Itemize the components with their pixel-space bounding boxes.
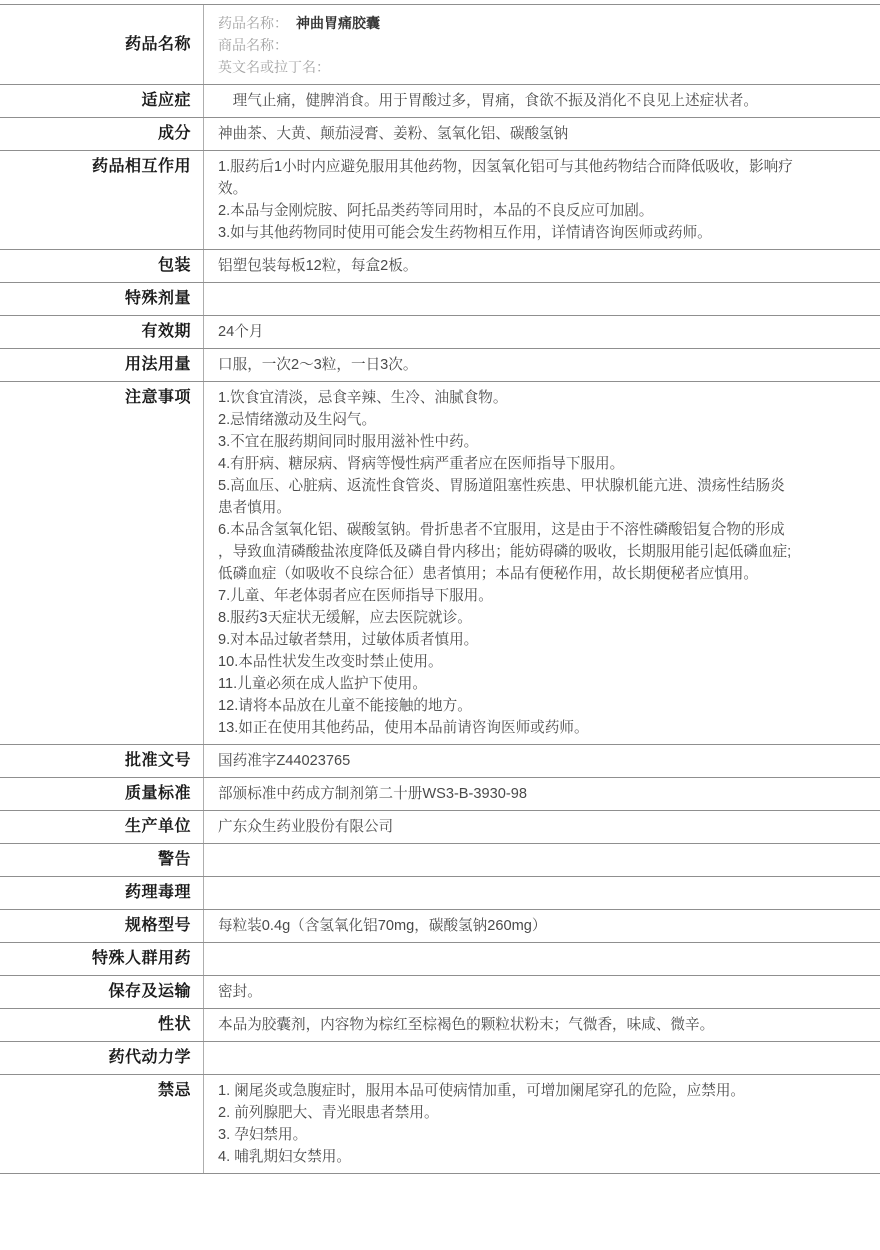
row-label: 包装 [0, 255, 191, 277]
table-row: 质量标准 部颁标准中药成方制剂第二十册WS3-B-3930-98 [0, 778, 880, 811]
row-value-cell: 理气止痛，健脾消食。用于胃酸过多，胃痛，食欲不振及消化不良见上述症状者。 [204, 85, 880, 117]
row-label: 药理毒理 [0, 882, 191, 904]
row-label-cell: 有效期 [0, 316, 204, 348]
value-line: 1. 阑尾炎或急腹症时，服用本品可使病情加重，可增加阑尾穿孔的危险，应禁用。 [218, 1080, 796, 1102]
row-value-cell: 每粒装0.4g（含氢氧化铝70mg，碳酸氢钠260mg） [204, 910, 880, 942]
row-label: 成分 [0, 123, 191, 145]
value-line: 2.本品与金刚烷胺、阿托品类药等同用时，本品的不良反应可加剧。 [218, 200, 796, 222]
value-line: 4. 哺乳期妇女禁用。 [218, 1146, 796, 1168]
table-row: 特殊剂量 [0, 283, 880, 316]
row-label: 药品相互作用 [0, 156, 191, 178]
row-label: 禁忌 [0, 1080, 191, 1102]
value-line: 1.服药后1小时内应避免服用其他药物，因氢氧化铝可与其他药物结合而降低吸收，影响… [218, 156, 796, 200]
row-label-cell: 特殊人群用药 [0, 943, 204, 975]
row-label-cell: 特殊剂量 [0, 283, 204, 315]
value-line: 9.对本品过敏者禁用，过敏体质者慎用。 [218, 629, 796, 651]
row-label: 注意事项 [0, 387, 191, 409]
value-line: 5.高血压、心脏病、返流性食管炎、胃肠道阻塞性疾患、甲状腺机能亢进、溃疡性结肠炎… [218, 475, 796, 519]
row-value-cell: 口服，一次2～3粒，一日3次。 [204, 349, 880, 381]
drug-info-table: 药品名称 药品名称：神曲胃痛胶囊商品名称：英文名或拉丁名： 适应症 理气止痛，健… [0, 4, 880, 1174]
row-label-cell: 药品名称 [0, 5, 204, 84]
value-line: 8.服药3天症状无缓解，应去医院就诊。 [218, 607, 796, 629]
value-line: 13.如正在使用其他药品，使用本品前请咨询医师或药师。 [218, 717, 796, 739]
value-line: 2.忌情绪激动及生闷气。 [218, 409, 796, 431]
row-value-cell [204, 844, 880, 876]
table-row: 成分 神曲茶、大黄、颠茄浸膏、姜粉、氢氧化铝、碳酸氢钠 [0, 118, 880, 151]
table-row: 用法用量 口服，一次2～3粒，一日3次。 [0, 349, 880, 382]
value-line: 12.请将本品放在儿童不能接触的地方。 [218, 695, 796, 717]
table-row: 药理毒理 [0, 877, 880, 910]
row-value-cell: 本品为胶囊剂，内容物为棕红至棕褐色的颗粒状粉末；气微香，味咸、微辛。 [204, 1009, 880, 1041]
value-line: 口服，一次2～3粒，一日3次。 [218, 354, 796, 376]
row-label: 规格型号 [0, 915, 191, 937]
row-value-cell [204, 283, 880, 315]
row-label-cell: 用法用量 [0, 349, 204, 381]
value-line: 6.本品含氢氧化铝、碳酸氢钠。骨折患者不宜服用，这是由于不溶性磷酸铝复合物的形成… [218, 519, 796, 585]
value-line: 4.有肝病、糖尿病、肾病等慢性病严重者应在医师指导下服用。 [218, 453, 796, 475]
row-value-cell: 神曲茶、大黄、颠茄浸膏、姜粉、氢氧化铝、碳酸氢钠 [204, 118, 880, 150]
row-label: 用法用量 [0, 354, 191, 376]
row-label-cell: 警告 [0, 844, 204, 876]
row-label: 质量标准 [0, 783, 191, 805]
value-line: 24个月 [218, 321, 796, 343]
row-label: 批准文号 [0, 750, 191, 772]
row-label-cell: 生产单位 [0, 811, 204, 843]
table-row: 有效期 24个月 [0, 316, 880, 349]
row-value-cell: 1.饮食宜清淡，忌食辛辣、生冷、油腻食物。2.忌情绪激动及生闷气。3.不宜在服药… [204, 382, 880, 744]
table-row: 药品相互作用 1.服药后1小时内应避免服用其他药物，因氢氧化铝可与其他药物结合而… [0, 151, 880, 250]
value-line: 密封。 [218, 981, 796, 1003]
value-line: 铝塑包装每板12粒，每盒2板。 [218, 255, 796, 277]
table-row: 批准文号 国药准字Z44023765 [0, 745, 880, 778]
row-label: 药品名称 [0, 34, 191, 56]
table-row: 药代动力学 [0, 1042, 880, 1075]
value-line: 10.本品性状发生改变时禁止使用。 [218, 651, 796, 673]
name-line: 药品名称：神曲胃痛胶囊 [218, 12, 796, 34]
row-label-cell: 适应症 [0, 85, 204, 117]
row-value-cell: 1.服药后1小时内应避免服用其他药物，因氢氧化铝可与其他药物结合而降低吸收，影响… [204, 151, 880, 249]
row-value-cell: 1. 阑尾炎或急腹症时，服用本品可使病情加重，可增加阑尾穿孔的危险，应禁用。2.… [204, 1075, 880, 1173]
row-label: 有效期 [0, 321, 191, 343]
value-line: 广东众生药业股份有限公司 [218, 816, 796, 838]
row-label: 保存及运输 [0, 981, 191, 1003]
row-value-cell: 密封。 [204, 976, 880, 1008]
value-line: 3.不宜在服药期间同时服用滋补性中药。 [218, 431, 796, 453]
value-line: 本品为胶囊剂，内容物为棕红至棕褐色的颗粒状粉末；气微香，味咸、微辛。 [218, 1014, 796, 1036]
row-value-cell: 铝塑包装每板12粒，每盒2板。 [204, 250, 880, 282]
table-row: 规格型号 每粒装0.4g（含氢氧化铝70mg，碳酸氢钠260mg） [0, 910, 880, 943]
row-value-cell: 24个月 [204, 316, 880, 348]
row-label-cell: 包装 [0, 250, 204, 282]
value-line: 3.如与其他药物同时使用可能会发生药物相互作用，详情请咨询医师或药师。 [218, 222, 796, 244]
table-row: 包装 铝塑包装每板12粒，每盒2板。 [0, 250, 880, 283]
row-label: 性状 [0, 1014, 191, 1036]
row-label-cell: 药代动力学 [0, 1042, 204, 1074]
value-line: 11.儿童必须在成人监护下使用。 [218, 673, 796, 695]
value-line: 神曲茶、大黄、颠茄浸膏、姜粉、氢氧化铝、碳酸氢钠 [218, 123, 796, 145]
row-value-cell [204, 943, 880, 975]
row-label: 药代动力学 [0, 1047, 191, 1069]
row-label-cell: 成分 [0, 118, 204, 150]
field-label: 英文名或拉丁名： [218, 59, 330, 75]
row-label-cell: 批准文号 [0, 745, 204, 777]
row-label: 特殊人群用药 [0, 948, 191, 970]
value-line: 每粒装0.4g（含氢氧化铝70mg，碳酸氢钠260mg） [218, 915, 796, 937]
row-value-cell: 国药准字Z44023765 [204, 745, 880, 777]
field-value: 神曲胃痛胶囊 [296, 15, 380, 31]
row-label: 特殊剂量 [0, 288, 191, 310]
table-row: 适应症 理气止痛，健脾消食。用于胃酸过多，胃痛，食欲不振及消化不良见上述症状者。 [0, 85, 880, 118]
table-row: 警告 [0, 844, 880, 877]
field-label: 药品名称： [218, 15, 288, 31]
value-line: 3. 孕妇禁用。 [218, 1124, 796, 1146]
table-row: 注意事项 1.饮食宜清淡，忌食辛辣、生冷、油腻食物。2.忌情绪激动及生闷气。3.… [0, 382, 880, 745]
row-label-cell: 药理毒理 [0, 877, 204, 909]
row-label-cell: 质量标准 [0, 778, 204, 810]
field-label: 商品名称： [218, 37, 288, 53]
row-value-cell: 广东众生药业股份有限公司 [204, 811, 880, 843]
row-value-cell [204, 1042, 880, 1074]
value-line: 1.饮食宜清淡，忌食辛辣、生冷、油腻食物。 [218, 387, 796, 409]
row-label-cell: 药品相互作用 [0, 151, 204, 249]
value-line: 2. 前列腺肥大、青光眼患者禁用。 [218, 1102, 796, 1124]
table-row: 保存及运输 密封。 [0, 976, 880, 1009]
table-row: 药品名称 药品名称：神曲胃痛胶囊商品名称：英文名或拉丁名： [0, 5, 880, 85]
row-label-cell: 保存及运输 [0, 976, 204, 1008]
row-label-cell: 注意事项 [0, 382, 204, 744]
row-label: 警告 [0, 849, 191, 871]
row-label: 适应症 [0, 90, 191, 112]
value-line: 7.儿童、年老体弱者应在医师指导下服用。 [218, 585, 796, 607]
row-value-cell: 部颁标准中药成方制剂第二十册WS3-B-3930-98 [204, 778, 880, 810]
row-value-cell [204, 877, 880, 909]
table-row: 禁忌 1. 阑尾炎或急腹症时，服用本品可使病情加重，可增加阑尾穿孔的危险，应禁用… [0, 1075, 880, 1174]
table-row: 特殊人群用药 [0, 943, 880, 976]
row-label: 生产单位 [0, 816, 191, 838]
name-line: 英文名或拉丁名： [218, 56, 796, 78]
row-label-cell: 规格型号 [0, 910, 204, 942]
row-value-cell: 药品名称：神曲胃痛胶囊商品名称：英文名或拉丁名： [204, 5, 880, 84]
table-row: 性状 本品为胶囊剂，内容物为棕红至棕褐色的颗粒状粉末；气微香，味咸、微辛。 [0, 1009, 880, 1042]
value-line: 部颁标准中药成方制剂第二十册WS3-B-3930-98 [218, 783, 796, 805]
value-line: 国药准字Z44023765 [218, 750, 796, 772]
row-label-cell: 禁忌 [0, 1075, 204, 1173]
value-line: 理气止痛，健脾消食。用于胃酸过多，胃痛，食欲不振及消化不良见上述症状者。 [218, 90, 796, 112]
table-row: 生产单位 广东众生药业股份有限公司 [0, 811, 880, 844]
name-line: 商品名称： [218, 34, 796, 56]
row-label-cell: 性状 [0, 1009, 204, 1041]
